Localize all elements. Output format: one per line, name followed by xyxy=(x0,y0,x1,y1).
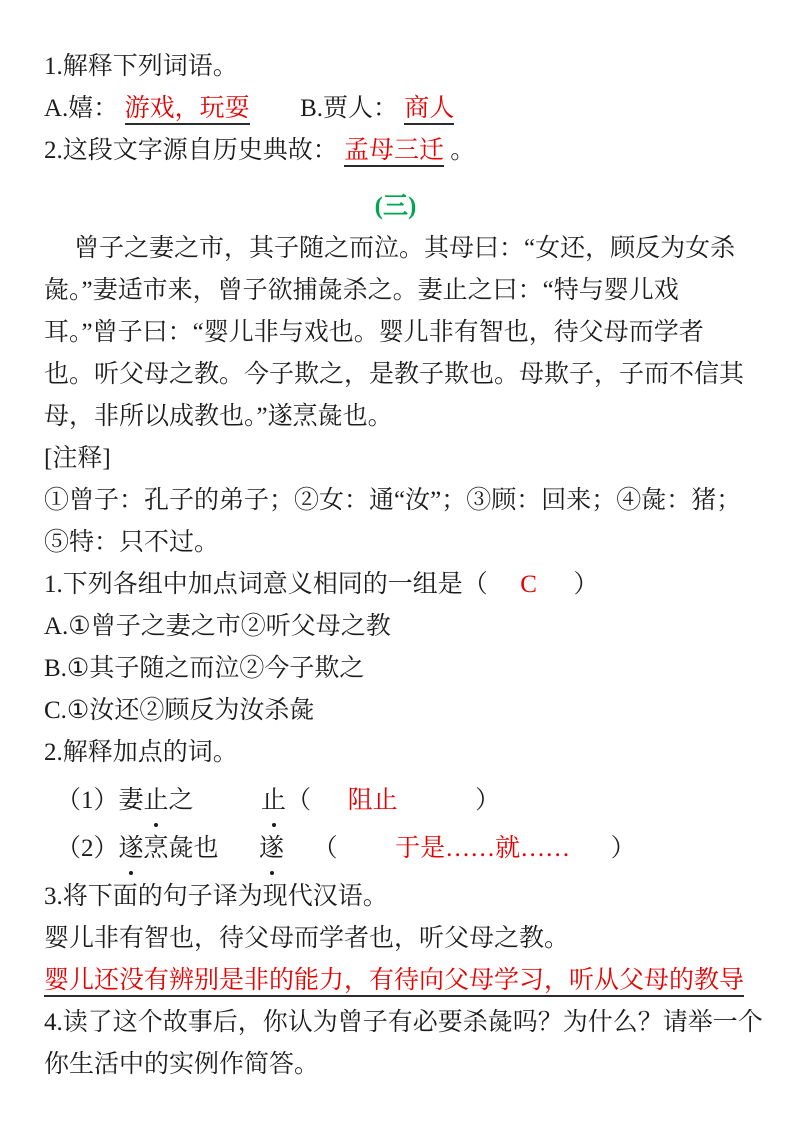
q-choice-option-a: A.①曾子之妻之市②听父母之教 xyxy=(44,606,747,648)
worksheet-page: 1.解释下列词语。 A.嬉： 游戏，玩耍 B.贾人： 商人 2.这段文字源自历史… xyxy=(0,0,793,1122)
notes-line: ⑤特：只不过。 xyxy=(44,522,747,564)
q-translate-title: 3.将下面的句子译为现代汉语。 xyxy=(44,876,747,918)
q-translate-sentence: 婴儿非有智也，待父母而学者也，听父母之教。 xyxy=(44,918,747,960)
spacer xyxy=(200,807,255,808)
item2-dotted-char-repeat: 遂 xyxy=(259,828,284,870)
item1-dotted-char: 止 xyxy=(144,780,169,822)
q-source-label: 2.这段文字源自历史典故： xyxy=(44,137,338,164)
spacer xyxy=(256,115,294,116)
q-words-a-answer: 游戏，玩耍 xyxy=(125,95,250,125)
q-explain-item2: （2）遂烹彘也 遂 （ 于是……就…… ） xyxy=(44,828,747,870)
q-explain-item1: （1）妻止之 止（ 阻止 ） xyxy=(44,780,747,822)
spacer xyxy=(344,855,389,856)
spacer xyxy=(290,855,306,856)
q-choice-stem-close: ） xyxy=(573,571,598,598)
spacer xyxy=(543,591,567,592)
item1-paren-close: ） xyxy=(475,787,500,814)
passage-line: 母，非所以成教也。”遂烹彘也。 xyxy=(44,396,747,438)
q-choice-stem: 1.下列各组中加点词意义相同的一组是（ C ） xyxy=(44,564,747,606)
q-source-line: 2.这段文字源自历史典故： 孟母三迁 。 xyxy=(44,130,747,172)
spacer xyxy=(225,855,253,856)
q-words-b-answer: 商人 xyxy=(404,95,454,125)
item1-dotted-char-repeat: 止 xyxy=(261,780,286,822)
q-explain-title: 2.解释加点的词。 xyxy=(44,732,747,774)
notes-title: [注释] xyxy=(44,438,747,480)
item1-answer: 阻止 xyxy=(348,787,398,814)
passage-line: 也。听父母之教。今子欺之，是教子欺也。母欺子，子而不信其 xyxy=(44,354,747,396)
spacer xyxy=(494,591,514,592)
q-words-title: 1.解释下列词语。 xyxy=(44,46,747,88)
q-words-answers: A.嬉： 游戏，玩耍 B.贾人： 商人 xyxy=(44,88,747,130)
item2-prefix: （2） xyxy=(56,835,119,862)
item1-after: 之 xyxy=(169,787,194,814)
q-words-a-label: A.嬉： xyxy=(44,95,118,122)
q-choice-option-c: C.①汝还②顾反为汝杀彘 xyxy=(44,690,747,732)
passage-line: 耳。”曾子曰：“婴儿非与戏也。婴儿非有智也，待父母而学者 xyxy=(44,312,747,354)
q-choice-option-b: B.①其子随之而泣②今子欺之 xyxy=(44,648,747,690)
item2-paren-open: （ xyxy=(313,835,338,862)
item1-paren-open: （ xyxy=(286,787,311,814)
notes-line: ①曾子：孔子的弟子；②女：通“汝”；③顾：回来；④彘：猪； xyxy=(44,480,747,522)
q-open-line1: 4.读了这个故事后，你认为曾子有必要杀彘吗？为什么？请举一个 xyxy=(44,1002,747,1044)
section-header: (三) xyxy=(44,186,747,228)
q-words-b-label: B.贾人： xyxy=(300,95,398,122)
q-source-answer: 孟母三迁 xyxy=(344,137,444,167)
q-open-line2: 你生活中的实例作简答。 xyxy=(44,1044,747,1086)
q-translate-answer-line: 婴儿还没有辨别是非的能力，有待向父母学习，听从父母的教导 xyxy=(44,960,747,1002)
item2-dotted-char: 遂 xyxy=(119,828,144,870)
item1-prefix: （1）妻 xyxy=(56,787,144,814)
q-translate-answer: 婴儿还没有辨别是非的能力，有待向父母学习，听从父母的教导 xyxy=(44,967,744,997)
item2-answer: 于是……就…… xyxy=(395,835,570,862)
spacer xyxy=(576,855,604,856)
q-choice-stem-text: 1.下列各组中加点词意义相同的一组是（ xyxy=(44,571,488,598)
passage-line: 彘。”妻适市来，曾子欲捕彘杀之。妻止之曰：“特与婴儿戏 xyxy=(44,270,747,312)
item2-after: 烹彘也 xyxy=(144,835,219,862)
spacer xyxy=(317,807,341,808)
spacer xyxy=(404,807,469,808)
item2-paren-close: ） xyxy=(611,835,636,862)
passage-line: 曾子之妻之市，其子随之而泣。其母曰：“女还，顾反为女杀 xyxy=(44,228,747,270)
q-source-suffix: 。 xyxy=(450,137,475,164)
q-choice-answer: C xyxy=(520,571,537,598)
